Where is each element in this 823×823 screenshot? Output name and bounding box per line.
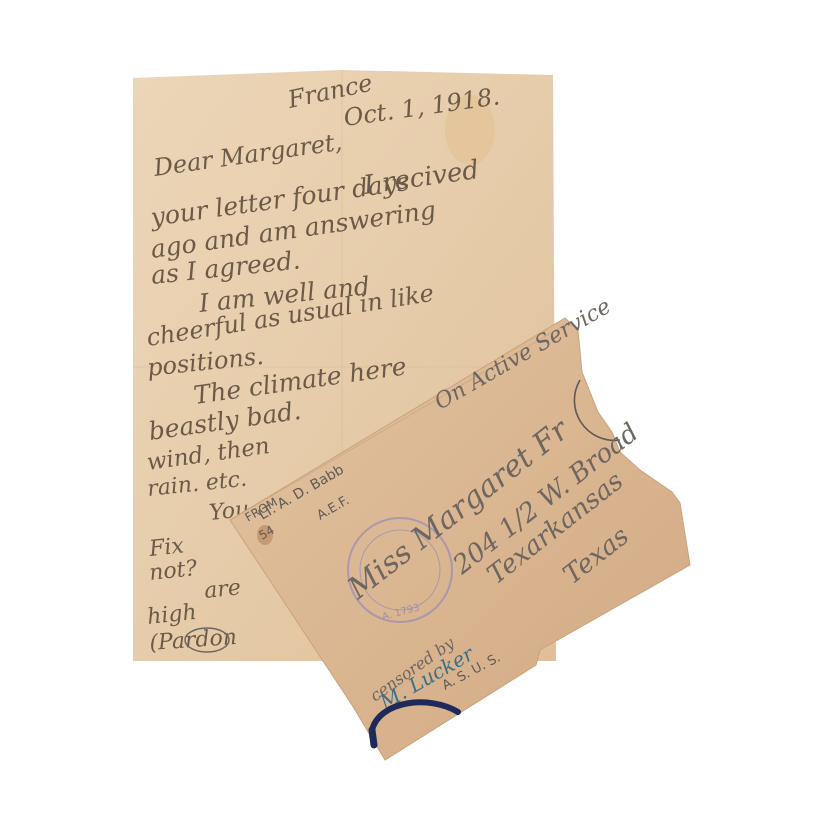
letter-line: high xyxy=(146,600,198,630)
letter-line: are xyxy=(203,575,242,604)
letter-line: not? xyxy=(148,556,199,586)
letter-and-envelope-photo: France Oct. 1, 1918. Dear Margaret, I re… xyxy=(0,0,823,823)
